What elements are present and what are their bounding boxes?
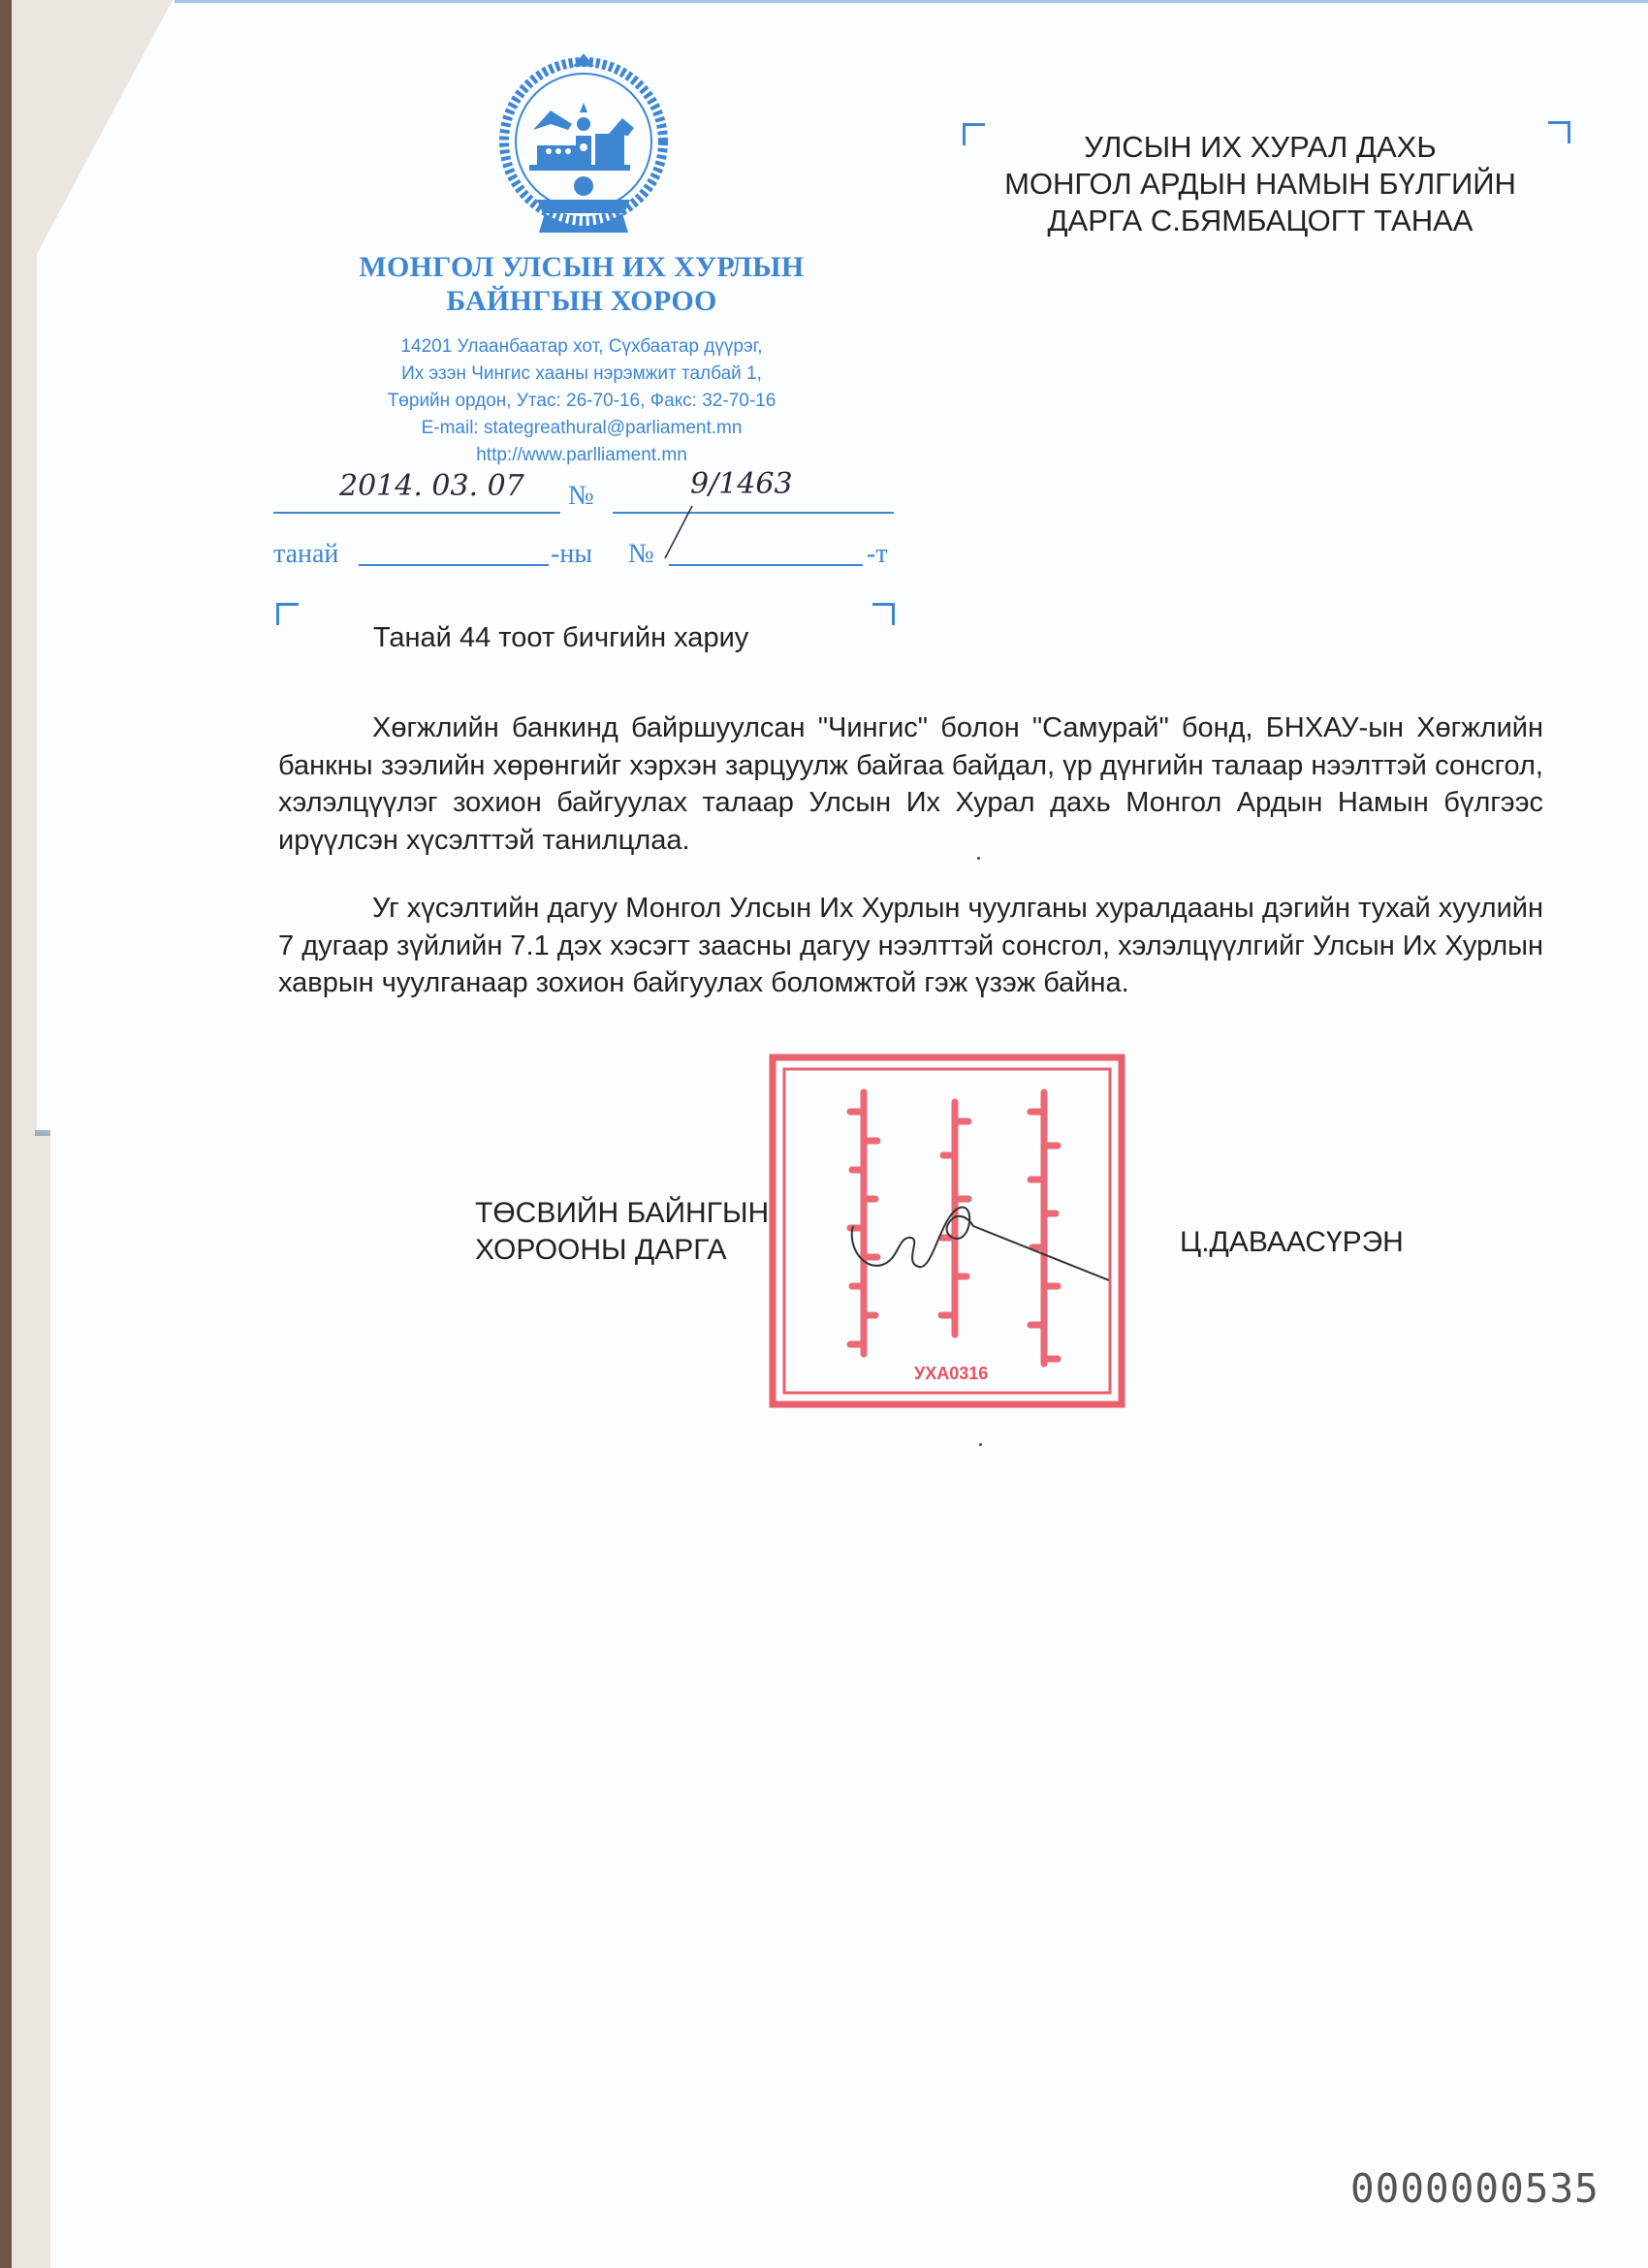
body-paragraph-1: Хөгжлийн банкинд байршуулсан "Чингис" бо… — [278, 709, 1543, 859]
stamp-code: УХА0316 — [914, 1364, 988, 1383]
recipient-line: УЛСЫН ИХ ХУРАЛ ДАХЬ — [969, 129, 1551, 166]
scan-edge — [174, 0, 1648, 3]
handwritten-signature — [843, 1197, 1231, 1294]
email-line: E-mail: stategreathural@parliament.mn — [291, 415, 872, 442]
handwritten-number: 9/1463 — [690, 467, 793, 501]
org-name-line1: МОНГОЛ УЛСЫН ИХ ХУРЛЫН — [291, 250, 872, 284]
address-line: 14201 Улаанбаатар хот, Сүхбаатар дүүрэг, — [291, 333, 872, 361]
website-line: http://www.parlliament.mn — [291, 442, 872, 469]
subject-line: Танай 44 тоот бичгийн хариу — [373, 622, 748, 654]
date-underline — [273, 512, 560, 514]
recipient-line: ДАРГА С.БЯМБАЦОГТ ТАНАА — [969, 203, 1551, 239]
signatory-title-line2: ХОРООНЫ ДАРГА — [475, 1232, 769, 1269]
address-line: Төрийн ордон, Утас: 26-70-16, Факс: 32-7… — [291, 388, 872, 415]
address-line: Их эзэн Чингис хааны нэрэмжит талбай 1, — [291, 361, 872, 388]
paragraph-text: Хөгжлийн банкинд байршуулсан "Чингис" бо… — [278, 709, 1543, 859]
reply-suffix: -т — [867, 539, 888, 570]
state-emblem-icon — [494, 50, 673, 240]
reply-middle: -ны — [551, 539, 592, 570]
body-paragraph-2: Уг хүсэлтийн дагуу Монгол Улсын Их Хурлы… — [278, 890, 1543, 1002]
number-label: № — [568, 481, 594, 512]
page-fold-shadow — [35, 1130, 50, 1136]
organization-name: МОНГОЛ УЛСЫН ИХ ХУРЛЫН БАЙНГЫН ХОРОО — [291, 250, 872, 318]
paragraph-text: Уг хүсэлтийн дагуу Монгол Улсын Их Хурлы… — [278, 890, 1543, 1002]
registration-date-number-row: 2014. 03. 07 № 9/1463 — [273, 475, 894, 514]
recipient-corner-right — [1548, 121, 1570, 143]
subject-corner-left — [276, 603, 299, 625]
organization-address: 14201 Улаанбаатар хот, Сүхбаатар дүүрэг,… — [291, 333, 872, 469]
recipient-address: УЛСЫН ИХ ХУРАЛ ДАХЬ МОНГОЛ АРДЫН НАМЫН Б… — [969, 129, 1551, 239]
reply-reference-row: танай -ны № -т — [273, 535, 894, 574]
reply-number-label: № — [628, 539, 654, 570]
reply-prefix: танай — [273, 539, 338, 570]
subject-corner-right — [872, 603, 895, 625]
signatory-title-line1: ТӨСВИЙН БАЙНГЫН — [475, 1195, 769, 1232]
document-serial-number: 0000000535 — [1350, 2165, 1600, 2212]
signatory-title: ТӨСВИЙН БАЙНГЫН ХОРООНЫ ДАРГА — [475, 1195, 769, 1269]
reply-date-field — [359, 564, 549, 566]
org-name-line2: БАЙНГЫН ХОРОО — [291, 284, 872, 318]
scan-speck — [979, 1443, 982, 1446]
signatory-name: Ц.ДАВААСҮРЭН — [1180, 1226, 1404, 1259]
recipient-line: МОНГОЛ АРДЫН НАМЫН БҮЛГИЙН — [969, 166, 1551, 203]
scan-speck — [977, 857, 980, 860]
handwritten-date: 2014. 03. 07 — [339, 469, 524, 503]
number-underline — [613, 512, 894, 514]
reply-number-field — [669, 564, 863, 566]
